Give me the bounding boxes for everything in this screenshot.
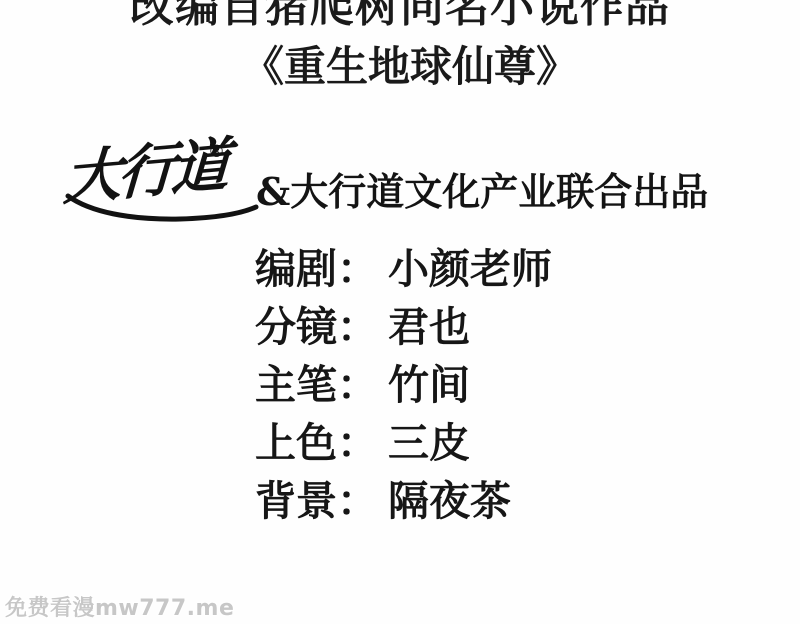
studio-logo: 大行道 ® (58, 130, 258, 222)
comic-credits-page: 改编自猪爬树同名小说作品 《重生地球仙尊》 大行道 ® &大行道文化产业联合出品… (0, 0, 800, 624)
credit-name: 君也 (388, 303, 470, 351)
producer-credit-line: &大行道文化产业联合出品 (256, 161, 708, 216)
adaptation-source-line: 改编自猪爬树同名小说作品 (30, 0, 770, 34)
credits-list: 编剧：小颜老师 分镜：君也 主笔：竹间 上色：三皮 背景：隔夜茶 (255, 240, 552, 530)
credit-separator: ： (337, 361, 378, 409)
site-watermark: 免费看漫mw777.me (5, 591, 234, 622)
credit-row-lead-artist: 主笔：竹间 (255, 356, 552, 414)
credit-separator: ： (337, 419, 378, 467)
credit-role: 编剧 (255, 245, 337, 293)
credit-row-screenwriter: 编剧：小颜老师 (255, 240, 552, 298)
credit-name: 竹间 (388, 361, 470, 409)
credit-role: 上色 (255, 419, 337, 467)
credit-row-coloring: 上色：三皮 (255, 414, 552, 472)
credit-separator: ： (337, 477, 378, 525)
credit-row-background: 背景：隔夜茶 (255, 472, 552, 530)
book-title: 《重生地球仙尊》 (10, 34, 800, 94)
credit-row-storyboard: 分镜：君也 (255, 298, 552, 356)
registered-trademark-icon: ® (208, 142, 225, 162)
logo-swoosh-stroke (60, 190, 260, 224)
credit-role: 背景 (255, 477, 337, 525)
credit-name: 三皮 (388, 419, 470, 467)
credit-separator: ： (337, 245, 378, 293)
credit-role: 主笔 (255, 361, 337, 409)
credit-name: 小颜老师 (388, 245, 552, 293)
credit-separator: ： (337, 303, 378, 351)
credit-role: 分镜 (255, 303, 337, 351)
credit-name: 隔夜茶 (388, 477, 511, 525)
